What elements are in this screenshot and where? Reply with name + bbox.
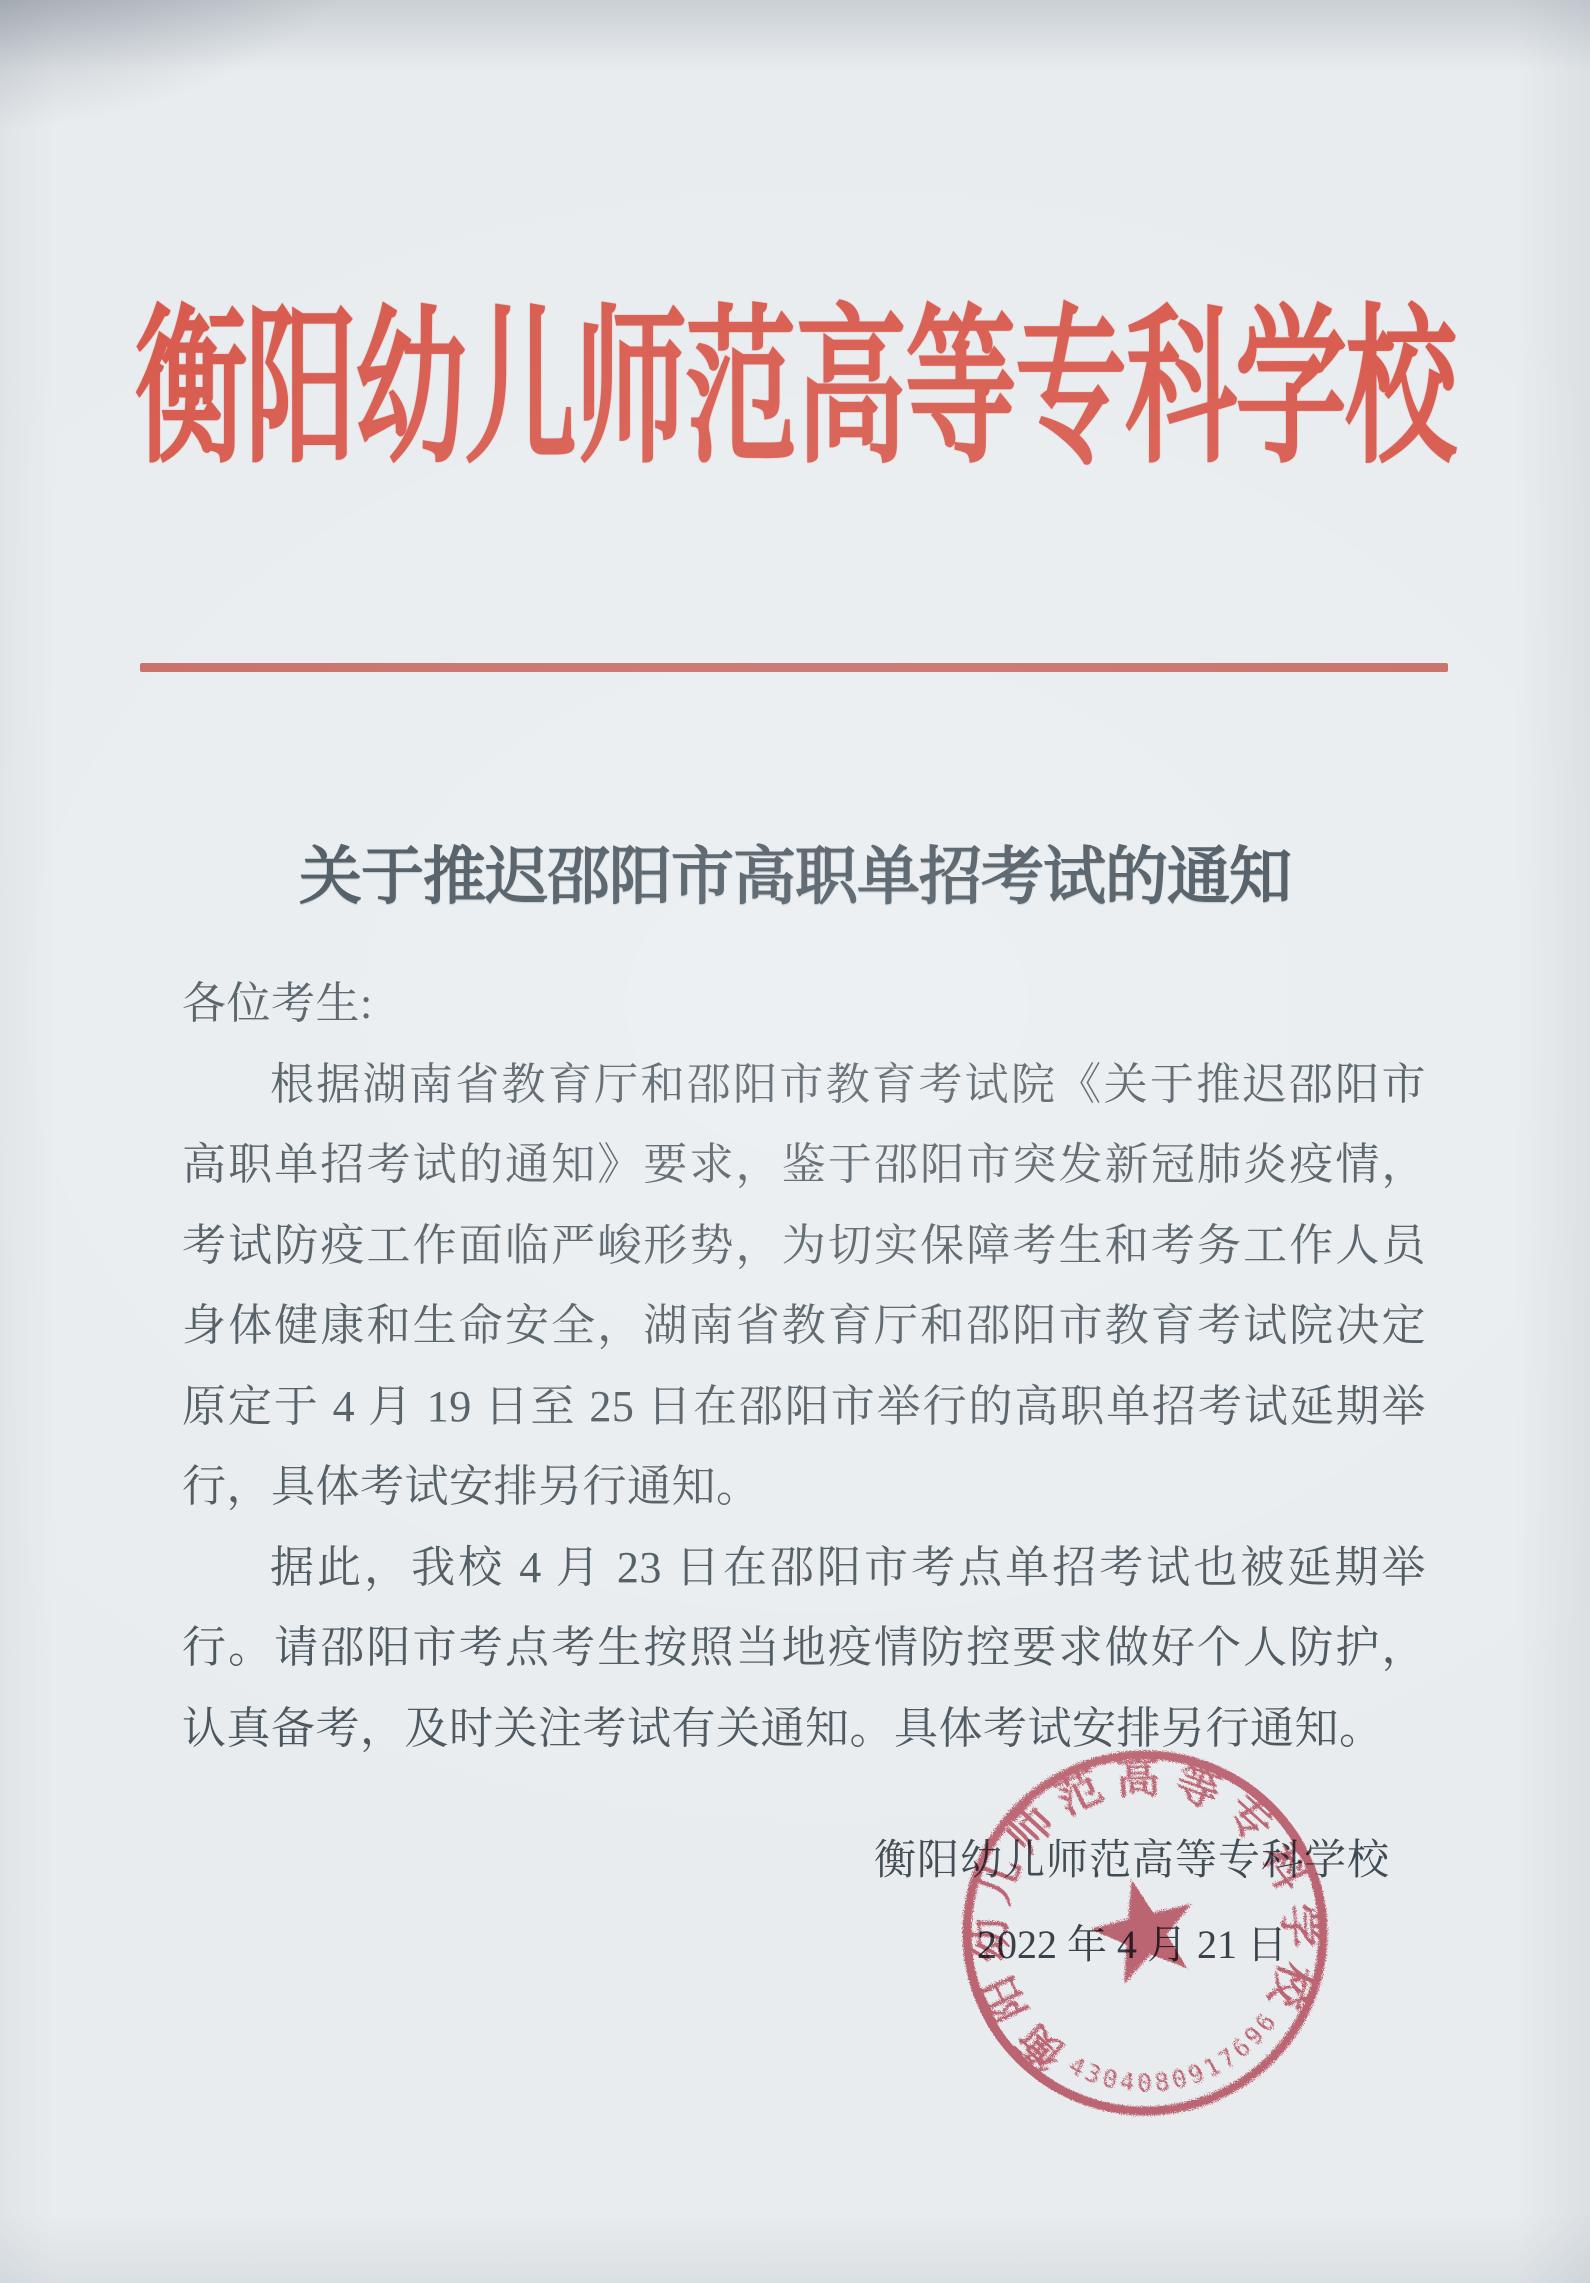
notice-title: 关于推迟邵阳市高职单招考试的通知 (0, 826, 1590, 917)
body-paragraph-2: 据此，我校 4 月 23 日在邵阳市考点单招考试也被延期举行。请邵阳市考点考生按… (182, 1528, 1426, 1770)
salutation: 各位考生: (182, 964, 1426, 1045)
seal-star-icon (1081, 1867, 1207, 1989)
school-name-header: 衡阳幼儿师范高等专科学校 (0, 252, 1590, 497)
notice-document-page: 衡阳幼儿师范高等专科学校 关于推迟邵阳市高职单招考试的通知 各位考生: 根据湖南… (0, 0, 1590, 2283)
notice-body: 各位考生: 根据湖南省教育厅和邵阳市教育考试院《关于推迟邵阳市高职单招考试的通知… (182, 964, 1426, 1769)
official-seal-stamp: 衡阳幼儿师范高等专科学校 4304080917696 (948, 1736, 1342, 2130)
red-divider-line (140, 663, 1448, 672)
body-paragraph-1: 根据湖南省教育厅和邵阳市教育考试院《关于推迟邵阳市高职单招考试的通知》要求，鉴于… (182, 1045, 1426, 1528)
